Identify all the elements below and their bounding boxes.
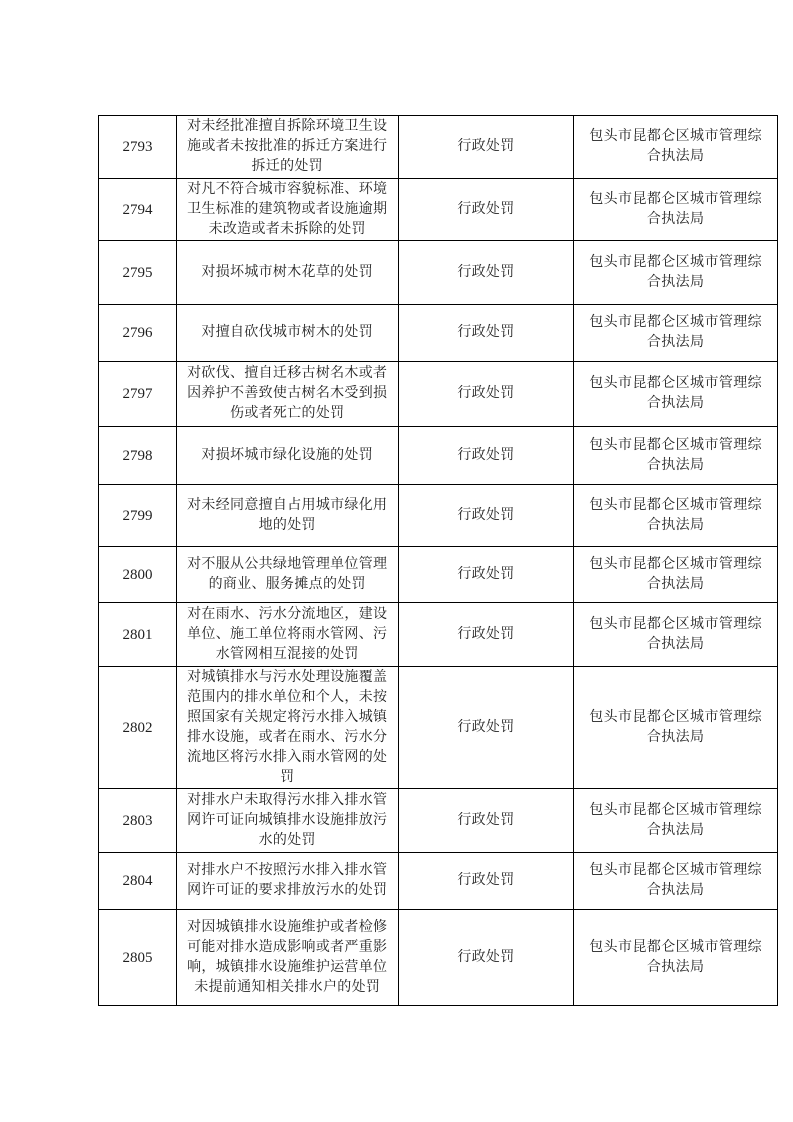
penalty-matter-text: 对不服从公共绿地管理单位管理的商业、服务摊点的处罚 xyxy=(187,555,388,595)
table-row: 2801 对在雨水、污水分流地区，建设单位、施工单位将雨水管网、污水管网相互混接… xyxy=(99,603,778,667)
table-row: 2805 对因城镇排水设施维护或者检修可能对排水造成影响或者严重影响，城镇排水设… xyxy=(99,910,778,1006)
authority-text: 包头市昆都仑区城市管理综合执法局 xyxy=(586,861,765,901)
penalty-matter-cell: 对擅自砍伐城市树木的处罚 xyxy=(177,305,399,362)
authority-cell: 包头市昆都仑区城市管理综合执法局 xyxy=(574,116,778,179)
authority-text: 包头市昆都仑区城市管理综合执法局 xyxy=(586,313,765,353)
penalty-matter-cell: 对未经批准擅自拆除环境卫生设施或者未按批准的拆迁方案进行拆迁的处罚 xyxy=(177,116,399,179)
penalty-matter-cell: 对城镇排水与污水处理设施覆盖范围内的排水单位和个人，未按照国家有关规定将污水排入… xyxy=(177,667,399,789)
authority-cell: 包头市昆都仑区城市管理综合执法局 xyxy=(574,427,778,485)
table-row: 2796 对擅自砍伐城市树木的处罚 行政处罚 包头市昆都仑区城市管理综合执法局 xyxy=(99,305,778,362)
penalty-matter-text: 对排水户不按照污水排入排水管网许可证的要求排放污水的处罚 xyxy=(187,861,388,901)
penalty-table-body: 2793 对未经批准擅自拆除环境卫生设施或者未按批准的拆迁方案进行拆迁的处罚 行… xyxy=(99,116,778,1006)
authority-cell: 包头市昆都仑区城市管理综合执法局 xyxy=(574,241,778,305)
row-id-cell: 2805 xyxy=(99,910,177,1006)
penalty-type-cell: 行政处罚 xyxy=(399,485,575,547)
row-id-cell: 2796 xyxy=(99,305,177,362)
penalty-matter-text: 对凡不符合城市容貌标准、环境卫生标准的建筑物或者设施逾期未改造或者未拆除的处罚 xyxy=(187,180,388,240)
authority-cell: 包头市昆都仑区城市管理综合执法局 xyxy=(574,305,778,362)
table-row: 2799 对未经同意擅自占用城市绿化用地的处罚 行政处罚 包头市昆都仑区城市管理… xyxy=(99,485,778,547)
authority-cell: 包头市昆都仑区城市管理综合执法局 xyxy=(574,179,778,241)
row-id-cell: 2798 xyxy=(99,427,177,485)
penalty-matter-text: 对未经同意擅自占用城市绿化用地的处罚 xyxy=(187,496,388,536)
authority-text: 包头市昆都仑区城市管理综合执法局 xyxy=(586,253,765,293)
penalty-matter-cell: 对排水户未取得污水排入排水管网许可证向城镇排水设施排放污水的处罚 xyxy=(177,789,399,853)
row-id-cell: 2803 xyxy=(99,789,177,853)
row-id-cell: 2794 xyxy=(99,179,177,241)
row-id-cell: 2795 xyxy=(99,241,177,305)
penalty-matter-text: 对城镇排水与污水处理设施覆盖范围内的排水单位和个人，未按照国家有关规定将污水排入… xyxy=(187,668,388,788)
authority-cell: 包头市昆都仑区城市管理综合执法局 xyxy=(574,603,778,667)
table-row: 2804 对排水户不按照污水排入排水管网许可证的要求排放污水的处罚 行政处罚 包… xyxy=(99,853,778,910)
authority-cell: 包头市昆都仑区城市管理综合执法局 xyxy=(574,667,778,789)
penalty-matter-cell: 对损坏城市树木花草的处罚 xyxy=(177,241,399,305)
penalty-type-cell: 行政处罚 xyxy=(399,241,575,305)
penalty-type-cell: 行政处罚 xyxy=(399,789,575,853)
authority-text: 包头市昆都仑区城市管理综合执法局 xyxy=(586,801,765,841)
penalty-type-cell: 行政处罚 xyxy=(399,305,575,362)
penalty-type-cell: 行政处罚 xyxy=(399,853,575,910)
authority-text: 包头市昆都仑区城市管理综合执法局 xyxy=(586,127,765,167)
penalty-matter-text: 对砍伐、擅自迁移古树名木或者因养护不善致使古树名木受到损伤或者死亡的处罚 xyxy=(187,364,388,424)
document-page: 2793 对未经批准擅自拆除环境卫生设施或者未按批准的拆迁方案进行拆迁的处罚 行… xyxy=(0,0,793,1122)
authority-cell: 包头市昆都仑区城市管理综合执法局 xyxy=(574,789,778,853)
table-row: 2802 对城镇排水与污水处理设施覆盖范围内的排水单位和个人，未按照国家有关规定… xyxy=(99,667,778,789)
penalty-type-cell: 行政处罚 xyxy=(399,427,575,485)
authority-text: 包头市昆都仑区城市管理综合执法局 xyxy=(586,374,765,414)
authority-cell: 包头市昆都仑区城市管理综合执法局 xyxy=(574,853,778,910)
penalty-type-cell: 行政处罚 xyxy=(399,362,575,427)
penalty-matter-text: 对擅自砍伐城市树木的处罚 xyxy=(187,323,388,343)
penalty-type-cell: 行政处罚 xyxy=(399,547,575,603)
penalty-matter-text: 对损坏城市树木花草的处罚 xyxy=(187,263,388,283)
authority-cell: 包头市昆都仑区城市管理综合执法局 xyxy=(574,547,778,603)
penalty-matter-cell: 对砍伐、擅自迁移古树名木或者因养护不善致使古树名木受到损伤或者死亡的处罚 xyxy=(177,362,399,427)
penalty-matter-cell: 对不服从公共绿地管理单位管理的商业、服务摊点的处罚 xyxy=(177,547,399,603)
authority-cell: 包头市昆都仑区城市管理综合执法局 xyxy=(574,910,778,1006)
penalty-matter-text: 对损坏城市绿化设施的处罚 xyxy=(187,446,388,466)
table-row: 2794 对凡不符合城市容貌标准、环境卫生标准的建筑物或者设施逾期未改造或者未拆… xyxy=(99,179,778,241)
penalty-matter-cell: 对在雨水、污水分流地区，建设单位、施工单位将雨水管网、污水管网相互混接的处罚 xyxy=(177,603,399,667)
table-row: 2797 对砍伐、擅自迁移古树名木或者因养护不善致使古树名木受到损伤或者死亡的处… xyxy=(99,362,778,427)
penalty-type-cell: 行政处罚 xyxy=(399,179,575,241)
table-row: 2798 对损坏城市绿化设施的处罚 行政处罚 包头市昆都仑区城市管理综合执法局 xyxy=(99,427,778,485)
row-id-cell: 2801 xyxy=(99,603,177,667)
row-id-cell: 2797 xyxy=(99,362,177,427)
table-row: 2800 对不服从公共绿地管理单位管理的商业、服务摊点的处罚 行政处罚 包头市昆… xyxy=(99,547,778,603)
authority-text: 包头市昆都仑区城市管理综合执法局 xyxy=(586,555,765,595)
penalty-type-cell: 行政处罚 xyxy=(399,116,575,179)
authority-cell: 包头市昆都仑区城市管理综合执法局 xyxy=(574,362,778,427)
penalty-matter-cell: 对损坏城市绿化设施的处罚 xyxy=(177,427,399,485)
table-row: 2795 对损坏城市树木花草的处罚 行政处罚 包头市昆都仑区城市管理综合执法局 xyxy=(99,241,778,305)
penalty-type-cell: 行政处罚 xyxy=(399,910,575,1006)
row-id-cell: 2800 xyxy=(99,547,177,603)
row-id-cell: 2802 xyxy=(99,667,177,789)
penalty-matter-cell: 对未经同意擅自占用城市绿化用地的处罚 xyxy=(177,485,399,547)
row-id-cell: 2793 xyxy=(99,116,177,179)
authority-text: 包头市昆都仑区城市管理综合执法局 xyxy=(586,708,765,748)
authority-text: 包头市昆都仑区城市管理综合执法局 xyxy=(586,938,765,978)
row-id-cell: 2804 xyxy=(99,853,177,910)
row-id-cell: 2799 xyxy=(99,485,177,547)
authority-text: 包头市昆都仑区城市管理综合执法局 xyxy=(586,615,765,655)
penalty-table: 2793 对未经批准擅自拆除环境卫生设施或者未按批准的拆迁方案进行拆迁的处罚 行… xyxy=(98,115,778,1006)
penalty-type-cell: 行政处罚 xyxy=(399,667,575,789)
table-row: 2803 对排水户未取得污水排入排水管网许可证向城镇排水设施排放污水的处罚 行政… xyxy=(99,789,778,853)
penalty-matter-cell: 对凡不符合城市容貌标准、环境卫生标准的建筑物或者设施逾期未改造或者未拆除的处罚 xyxy=(177,179,399,241)
penalty-matter-text: 对在雨水、污水分流地区，建设单位、施工单位将雨水管网、污水管网相互混接的处罚 xyxy=(187,605,388,665)
penalty-matter-cell: 对因城镇排水设施维护或者检修可能对排水造成影响或者严重影响，城镇排水设施维护运营… xyxy=(177,910,399,1006)
authority-text: 包头市昆都仑区城市管理综合执法局 xyxy=(586,190,765,230)
authority-text: 包头市昆都仑区城市管理综合执法局 xyxy=(586,436,765,476)
penalty-matter-cell: 对排水户不按照污水排入排水管网许可证的要求排放污水的处罚 xyxy=(177,853,399,910)
authority-cell: 包头市昆都仑区城市管理综合执法局 xyxy=(574,485,778,547)
penalty-matter-text: 对排水户未取得污水排入排水管网许可证向城镇排水设施排放污水的处罚 xyxy=(187,791,388,851)
penalty-matter-text: 对因城镇排水设施维护或者检修可能对排水造成影响或者严重影响，城镇排水设施维护运营… xyxy=(187,918,388,998)
authority-text: 包头市昆都仑区城市管理综合执法局 xyxy=(586,496,765,536)
penalty-type-cell: 行政处罚 xyxy=(399,603,575,667)
table-row: 2793 对未经批准擅自拆除环境卫生设施或者未按批准的拆迁方案进行拆迁的处罚 行… xyxy=(99,116,778,179)
penalty-matter-text: 对未经批准擅自拆除环境卫生设施或者未按批准的拆迁方案进行拆迁的处罚 xyxy=(187,117,388,177)
